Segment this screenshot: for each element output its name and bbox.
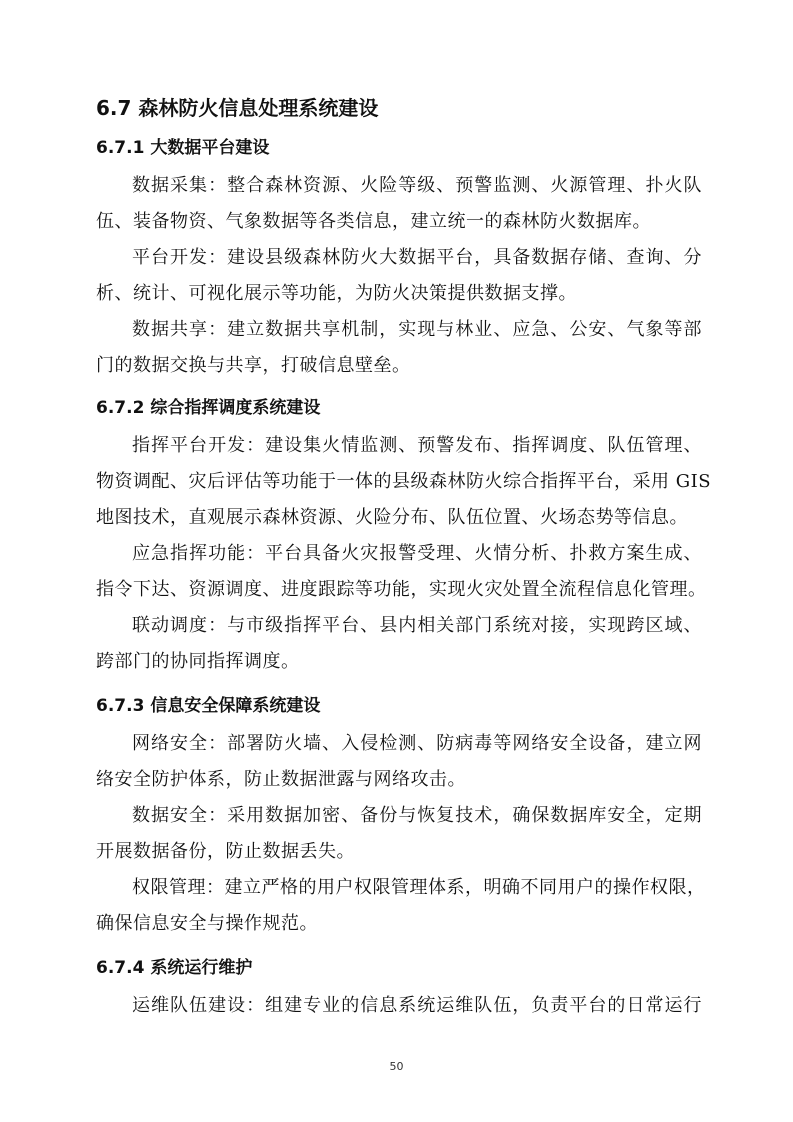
document-page: 6.7 森林防火信息处理系统建设 6.7.1 大数据平台建设 数据采集：整合森林… <box>0 0 793 1122</box>
paragraph-line: 开展数据备份，防止数据丢失。 <box>96 841 702 863</box>
page-number: 50 <box>0 1060 793 1073</box>
paragraph-line: 数据采集：整合森林资源、火险等级、预警监测、火源管理、扑火队 <box>132 175 702 197</box>
paragraph-line: 门的数据交换与共享，打破信息壁垒。 <box>96 355 702 377</box>
paragraph-line: 网络安全：部署防火墙、入侵检测、防病毒等网络安全设备，建立网 <box>132 733 702 755</box>
paragraph-line: 物资调配、灾后评估等功能于一体的县级森林防火综合指挥平台，采用 GIS <box>96 471 702 493</box>
subsection-heading-6-7-1: 6.7.1 大数据平台建设 <box>96 137 702 159</box>
paragraph-line: 析、统计、可视化展示等功能，为防火决策提供数据支撑。 <box>96 283 702 305</box>
paragraph-line: 数据安全：采用数据加密、备份与恢复技术，确保数据库安全，定期 <box>132 805 702 827</box>
paragraph-line: 指令下达、资源调度、进度跟踪等功能，实现火灾处置全流程信息化管理。 <box>96 579 702 601</box>
paragraph-line: 联动调度：与市级指挥平台、县内相关部门系统对接，实现跨区域、 <box>132 615 702 637</box>
paragraph-line: 数据共享：建立数据共享机制，实现与林业、应急、公安、气象等部 <box>132 319 702 341</box>
paragraph-line: 络安全防护体系，防止数据泄露与网络攻击。 <box>96 769 702 791</box>
paragraph-line: 地图技术，直观展示森林资源、火险分布、队伍位置、火场态势等信息。 <box>96 507 702 529</box>
subsection-heading-6-7-3: 6.7.3 信息安全保障系统建设 <box>96 695 702 717</box>
paragraph-line: 确保信息安全与操作规范。 <box>96 913 702 935</box>
paragraph-line: 指挥平台开发：建设集火情监测、预警发布、指挥调度、队伍管理、 <box>132 435 702 457</box>
paragraph-line: 平台开发：建设县级森林防火大数据平台，具备数据存储、查询、分 <box>132 247 702 269</box>
subsection-heading-6-7-4: 6.7.4 系统运行维护 <box>96 957 702 979</box>
paragraph-line: 权限管理：建立严格的用户权限管理体系，明确不同用户的操作权限， <box>132 877 702 899</box>
paragraph-line: 应急指挥功能：平台具备火灾报警受理、火情分析、扑救方案生成、 <box>132 543 702 565</box>
paragraph-line: 跨部门的协同指挥调度。 <box>96 651 702 673</box>
section-title: 6.7 森林防火信息处理系统建设 <box>96 97 702 119</box>
paragraph-line: 伍、装备物资、气象数据等各类信息，建立统一的森林防火数据库。 <box>96 211 702 233</box>
paragraph-line: 运维队伍建设：组建专业的信息系统运维队伍，负责平台的日常运行 <box>132 995 702 1017</box>
subsection-heading-6-7-2: 6.7.2 综合指挥调度系统建设 <box>96 397 702 419</box>
